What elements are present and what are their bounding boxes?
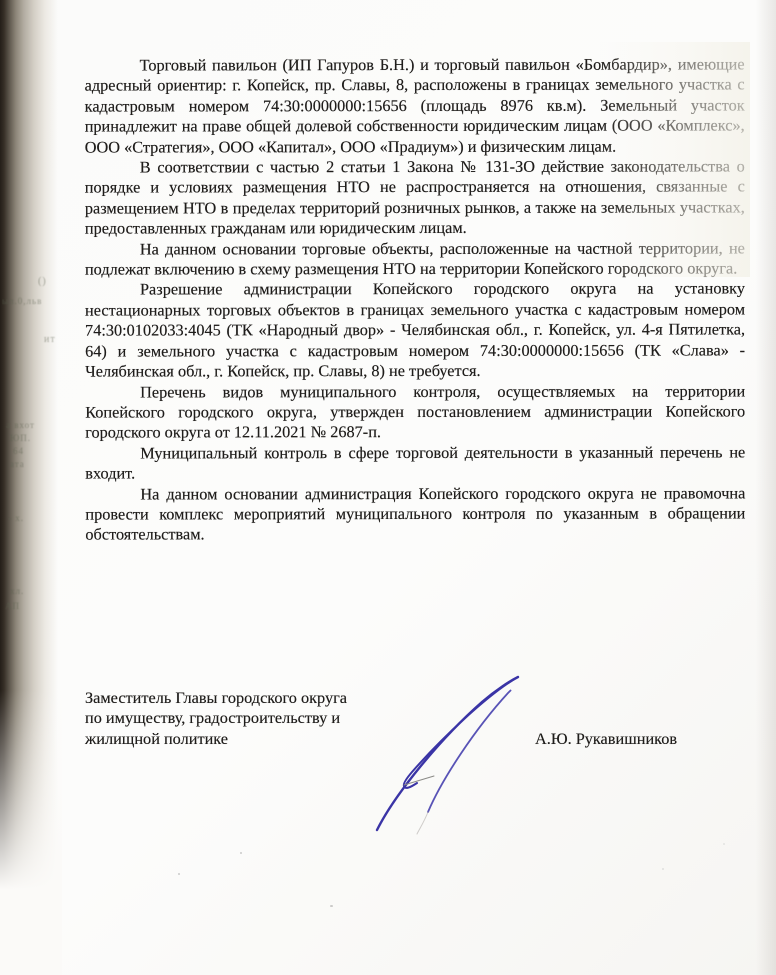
bleedthrough-fragment: ата (10, 459, 25, 469)
paragraph-law-131zo: В соответствии с частью 2 статьи 1 Закон… (85, 156, 745, 239)
bleedthrough-fragment: ит (44, 334, 56, 345)
bleedthrough-fragment: 64 (13, 446, 24, 456)
scan-speck (240, 852, 242, 854)
bleedthrough-fragment: ыл.0,льв (2, 296, 42, 306)
bleedthrough-fragment: - х. (8, 513, 24, 523)
letter-body: Торговый павильон (ИП Гапуров Б.Н.) и то… (85, 54, 746, 545)
bleedthrough-fragment: хл. (10, 586, 24, 596)
bleedthrough-fragment: () (38, 276, 47, 287)
signer-name: А.Ю. Рукавишников (535, 729, 677, 749)
bleedthrough-fragment: а вхот (6, 420, 35, 430)
bleedthrough-fragment: ЮП. (10, 433, 31, 443)
scan-speck (178, 873, 180, 875)
scan-speck (662, 868, 664, 870)
handwritten-signature (370, 654, 526, 836)
scanner-edge-fade (0, 690, 62, 975)
scan-speck (723, 843, 725, 845)
scanned-page: () ыл.0,льв ит а вхот ЮП. 64 ата - х. хл… (0, 0, 776, 975)
paragraph-pavilions: Торговый павильон (ИП Гапуров Б.Н.) и то… (85, 54, 745, 157)
bleedthrough-fragment: АП (5, 601, 20, 611)
paragraph-private-territory: На данном основании торговые объекты, ра… (85, 238, 745, 280)
paragraph-permission-not-required: Разрешение администрации Копейского горо… (85, 279, 745, 382)
paragraph-conclusion: На данном основании администрация Копейс… (85, 483, 745, 545)
page-right-shading (752, 0, 776, 975)
scan-speck (330, 905, 333, 907)
paragraph-trade-control: Муниципальный контроль в сфере торговой … (85, 442, 745, 484)
paragraph-control-list: Перечень видов муниципального контроля, … (85, 381, 745, 443)
